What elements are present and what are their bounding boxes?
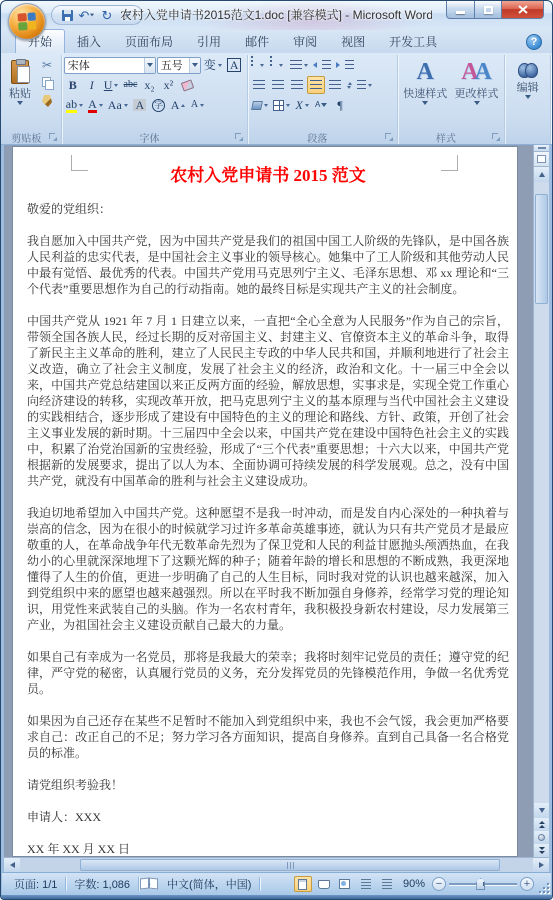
word-count[interactable]: 字数: 1,086 <box>66 876 138 892</box>
doc-paragraph-salutation: 敬爱的党组织： <box>27 201 509 217</box>
show-hide-marks-button[interactable]: ¶ <box>331 96 349 114</box>
doc-paragraph: 如果因为自己还存在某些不足暂时不能加入到党组织中来，我也不会气馁，我会更加严格要… <box>27 713 509 761</box>
eraser-icon <box>181 79 194 91</box>
print-layout-icon <box>298 879 307 890</box>
maximize-icon <box>484 6 493 14</box>
distribute-button[interactable] <box>326 76 344 94</box>
fullscreen-reading-view-button[interactable] <box>315 876 333 892</box>
vertical-scrollbar[interactable] <box>533 145 549 857</box>
enclose-characters-button[interactable]: 字 <box>150 96 168 114</box>
document-body[interactable]: 农村入党申请书 2015 范文 敬爱的党组织： 我自愿加入中国共产党，因为中国共… <box>27 165 509 857</box>
align-right-icon <box>291 80 303 91</box>
phonetic-guide-button[interactable]: 变 <box>202 56 224 74</box>
font-name-combobox[interactable]: 宋体 <box>64 57 156 74</box>
window-controls <box>446 1 544 19</box>
paragraph-dialog-launcher[interactable] <box>385 133 394 142</box>
draft-view-icon <box>382 879 392 889</box>
office-logo-icon <box>17 12 36 30</box>
title-bar: ↶ ↻ 农村入党申请书2015范文1.doc [兼容模式] - Microsof… <box>1 1 552 30</box>
bullets-button[interactable] <box>250 56 268 74</box>
format-painter-button[interactable] <box>38 92 56 110</box>
decrease-indent-icon <box>313 62 317 68</box>
word-window: ↶ ↻ 农村入党申请书2015范文1.doc [兼容模式] - Microsof… <box>0 0 553 900</box>
clipboard-dialog-launcher[interactable] <box>49 133 58 142</box>
paragraph-group-label: 段落 <box>250 130 384 145</box>
change-case-button[interactable]: Aa <box>106 96 130 114</box>
subscript-button[interactable]: x₂ <box>140 76 158 94</box>
minimize-button[interactable] <box>446 1 475 19</box>
underline-button[interactable]: U <box>102 76 121 94</box>
multilevel-list-icon <box>290 60 302 71</box>
web-layout-icon <box>339 879 350 889</box>
horizontal-scroll-thumb[interactable] <box>80 859 500 871</box>
align-left-icon <box>253 80 265 91</box>
align-center-icon <box>272 80 284 91</box>
close-icon <box>518 5 528 14</box>
document-page[interactable]: 农村入党申请书 2015 范文 敬爱的党组织： 我自愿加入中国共产党，因为中国共… <box>12 146 518 857</box>
tab-references[interactable]: 引用 <box>185 30 233 53</box>
ruler-icon <box>537 155 546 163</box>
font-dialog-launcher[interactable] <box>235 133 244 142</box>
document-title: 农村入党申请书 2015 范文 <box>27 165 509 187</box>
pilcrow-icon: ¶ <box>337 99 342 111</box>
borders-icon <box>273 100 284 111</box>
outline-view-icon <box>361 879 371 889</box>
redo-button[interactable]: ↻ <box>98 7 116 23</box>
bold-button[interactable]: B <box>64 76 82 94</box>
italic-button[interactable]: I <box>83 76 101 94</box>
help-button[interactable]: ? <box>526 34 542 50</box>
web-layout-view-button[interactable] <box>336 876 354 892</box>
resize-grip[interactable] <box>537 881 549 893</box>
multilevel-list-button[interactable] <box>288 56 310 74</box>
scroll-up-button[interactable] <box>534 167 549 182</box>
zoom-slider-handle[interactable] <box>476 878 485 890</box>
justify-icon <box>310 80 322 91</box>
undo-dropdown-icon <box>90 14 94 17</box>
cut-button[interactable]: ✂ <box>38 56 56 74</box>
outline-view-button[interactable] <box>357 876 375 892</box>
save-button[interactable] <box>58 7 76 23</box>
styles-group-label: 样式 <box>400 130 493 145</box>
character-shading-button[interactable]: A <box>131 96 149 114</box>
decrease-indent-button[interactable] <box>311 56 333 74</box>
paste-icon <box>11 60 29 84</box>
font-group-label: 字体 <box>64 130 235 145</box>
spell-check-status[interactable]: ✓ <box>139 878 159 890</box>
strikethrough-button[interactable]: abc <box>121 76 139 94</box>
sort-icon: A <box>315 101 320 109</box>
zoom-level[interactable]: 90% <box>399 878 429 890</box>
tab-developer[interactable]: 开发工具 <box>377 30 449 53</box>
quick-styles-icon: A <box>417 59 434 85</box>
language-indicator[interactable]: 中文(简体，中国) <box>159 876 259 892</box>
font-group: 宋体 五号 变 A B I U abc x₂ x² ab A Aa <box>62 55 248 144</box>
copy-button[interactable] <box>38 74 56 92</box>
zoom-out-button[interactable]: − <box>432 877 446 891</box>
arrow-left-icon <box>10 862 15 868</box>
next-page-button[interactable] <box>534 844 549 857</box>
doc-paragraph: 如果自己有幸成为一名党员，那将是我最大的荣幸；我将时刻牢记党员的责任；遵守党的纪… <box>27 649 509 697</box>
sort-button[interactable]: A <box>312 96 330 114</box>
draft-view-button[interactable] <box>378 876 396 892</box>
ribbon-tab-row: 开始 插入 页面布局 引用 邮件 审阅 视图 开发工具 ? <box>1 30 552 53</box>
styles-dialog-launcher[interactable] <box>492 133 501 142</box>
undo-icon: ↶ <box>79 9 90 22</box>
change-styles-button[interactable]: AA 更改样式 <box>451 56 502 106</box>
maximize-button[interactable] <box>475 1 502 19</box>
minimize-icon <box>456 11 465 14</box>
line-spacing-icon <box>347 82 352 89</box>
text-highlight-button[interactable]: ab <box>64 96 85 114</box>
distribute-icon <box>329 80 341 91</box>
grow-arrow-icon <box>181 104 185 107</box>
align-left-button[interactable] <box>250 76 268 94</box>
doc-paragraph-closing: 请党组织考验我！ <box>27 777 509 793</box>
page-indicator[interactable]: 页面: 1/1 <box>6 876 65 892</box>
select-browse-object-button[interactable] <box>534 831 549 844</box>
align-right-button[interactable] <box>288 76 306 94</box>
shading-button[interactable] <box>250 96 270 114</box>
reading-view-icon <box>318 880 330 889</box>
styles-group: A 快速样式 AA 更改样式 样式 <box>398 55 506 144</box>
paste-dropdown-icon <box>17 101 23 105</box>
editing-group: 编辑 <box>505 55 551 144</box>
grow-font-button[interactable]: A <box>169 96 188 114</box>
character-border-button[interactable]: A <box>225 56 244 74</box>
arrow-down-icon <box>539 808 545 813</box>
horizontal-scrollbar[interactable] <box>4 857 549 872</box>
tab-insert[interactable]: 插入 <box>65 30 113 53</box>
editing-button[interactable]: 编辑 <box>516 60 540 130</box>
office-button[interactable] <box>8 3 46 40</box>
tab-page-layout[interactable]: 页面布局 <box>113 30 185 53</box>
align-center-button[interactable] <box>269 76 287 94</box>
undo-button[interactable]: ↶ <box>78 7 96 23</box>
quick-styles-button[interactable]: A 快速样式 <box>400 56 451 106</box>
increase-indent-button[interactable] <box>334 56 356 74</box>
zoom-in-button[interactable]: + <box>520 877 534 891</box>
tab-mailings[interactable]: 邮件 <box>233 30 281 53</box>
status-bar: 页面: 1/1 字数: 1,086 ✓ 中文(简体，中国) 90% − + <box>2 872 551 895</box>
ruler-toggle-button[interactable] <box>534 152 549 167</box>
doc-paragraph: 我迫切地希望加入中国共产党。这种愿望不是我一时冲动，而是发自内心深处的一种执着与… <box>27 505 509 633</box>
shrink-font-button[interactable]: A <box>188 96 206 114</box>
asian-layout-button[interactable]: X <box>293 96 311 114</box>
zoom-slider[interactable] <box>449 877 517 891</box>
window-title: 农村入党申请书2015范文1.doc [兼容模式] - Microsoft Wo… <box>121 1 432 27</box>
arrow-right-icon <box>539 862 544 868</box>
doc-paragraph: 我自愿加入中国共产党，因为中国共产党是我们的祖国中国工人阶级的先锋队，是中国各族… <box>27 233 509 297</box>
format-painter-icon <box>42 95 52 107</box>
paste-button[interactable]: 粘贴 <box>4 56 36 106</box>
scroll-right-button[interactable] <box>533 858 549 872</box>
font-size-combobox[interactable]: 五号 <box>157 57 201 74</box>
doc-paragraph-applicant: 申请人：XXX <box>27 809 509 825</box>
paragraph-group: X A ¶ 段落 <box>248 55 397 144</box>
justify-button[interactable] <box>307 76 325 94</box>
copy-icon <box>42 77 53 89</box>
line-spacing-button[interactable] <box>345 76 374 94</box>
scroll-left-button[interactable] <box>4 858 20 872</box>
ribbon: 粘贴 ✂ 剪贴板 宋体 五号 变 A <box>1 53 552 145</box>
vertical-scroll-track[interactable] <box>534 182 549 803</box>
browse-ball-icon <box>538 834 545 841</box>
borders-button[interactable] <box>271 96 292 114</box>
tab-view[interactable]: 视图 <box>329 30 377 53</box>
change-styles-icon: AA <box>461 59 492 85</box>
split-handle[interactable] <box>534 145 549 152</box>
scroll-down-button[interactable] <box>534 803 549 818</box>
asian-layout-icon: X <box>295 99 302 111</box>
doc-paragraph: 中国共产党从 1921 年 7 月 1 日建立以来，一直把“全心全意为人民服务”… <box>27 313 509 489</box>
document-area: 农村入党申请书 2015 范文 敬爱的党组织： 我自愿加入中国共产党，因为中国共… <box>1 145 552 872</box>
numbering-button[interactable] <box>269 56 287 74</box>
clipboard-group-label: 剪贴板 <box>4 130 49 145</box>
clipboard-group: 粘贴 ✂ 剪贴板 <box>2 55 62 144</box>
print-layout-view-button[interactable] <box>294 876 312 892</box>
superscript-button[interactable]: x² <box>159 76 177 94</box>
redo-icon: ↻ <box>102 9 113 22</box>
increase-indent-icon <box>336 62 340 68</box>
font-size-dropdown-icon <box>189 58 200 73</box>
font-color-button[interactable]: A <box>86 96 105 114</box>
clear-formatting-button[interactable] <box>178 76 196 94</box>
arrow-up-icon <box>539 172 545 177</box>
window-bottom-border <box>1 895 552 899</box>
shading-icon <box>251 101 263 110</box>
vertical-scroll-thumb[interactable] <box>535 194 548 304</box>
binoculars-icon <box>518 63 538 76</box>
tab-review[interactable]: 审阅 <box>281 30 329 53</box>
font-name-dropdown-icon <box>144 58 155 73</box>
horizontal-scroll-track[interactable] <box>20 858 533 872</box>
previous-page-button[interactable] <box>534 818 549 831</box>
save-icon <box>62 10 73 21</box>
scissors-icon: ✂ <box>42 58 52 72</box>
close-button[interactable] <box>502 1 544 19</box>
doc-paragraph-date: XX 年 XX 月 XX 日 <box>27 841 509 857</box>
